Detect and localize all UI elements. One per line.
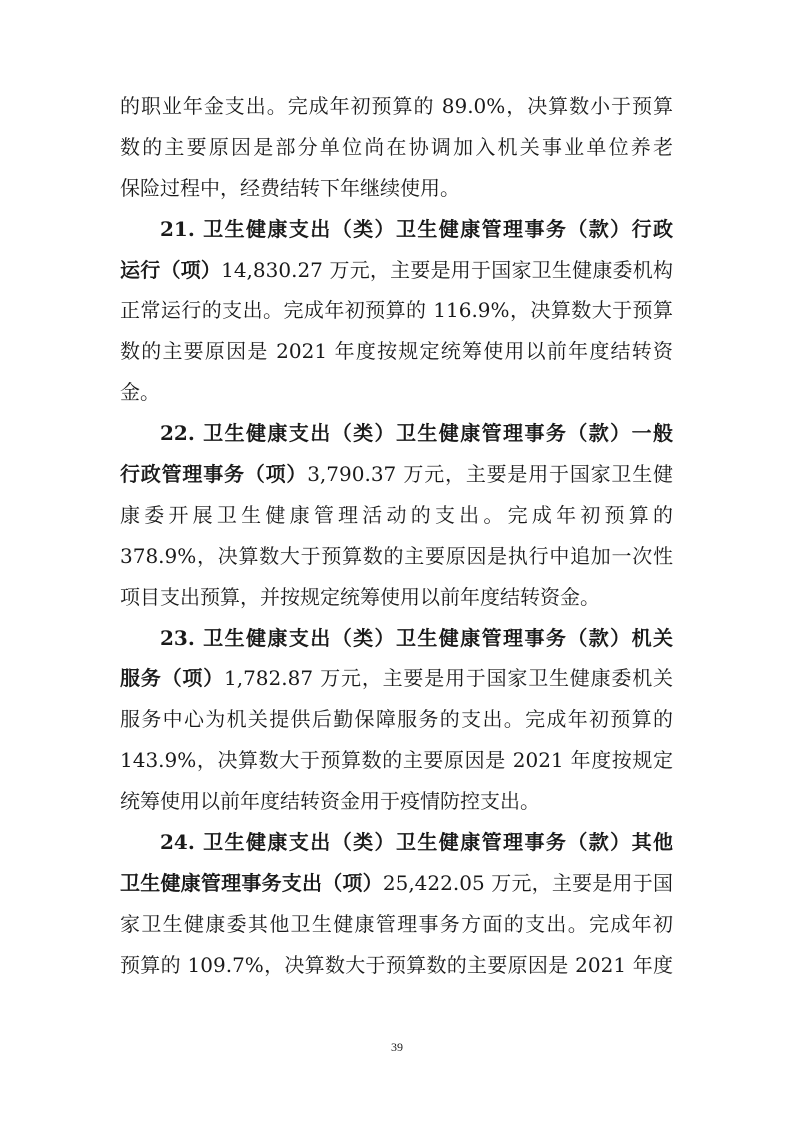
text-line: 项目支出预算，并按规定统筹使用以前年度结转资金。 (120, 577, 673, 618)
line-text: 的职业年金支出。完成年初预算的 89.0%，决算数小于预算 (120, 94, 673, 118)
document-body: 的职业年金支出。完成年初预算的 89.0%，决算数小于预算 数的主要原因是部分单… (120, 86, 673, 986)
line-text: 143.9%，决算数大于预算数的主要原因是 2021 年度按规定 (120, 748, 673, 772)
line-text: 金。 (120, 380, 160, 404)
heading-text: 22. 卫生健康支出（类）卫生健康管理事务（款）一般 (160, 421, 673, 445)
text-line: 数的主要原因是部分单位尚在协调加入机关事业单位养老 (120, 127, 673, 168)
line-text: 家卫生健康委其他卫生健康管理事务方面的支出。完成年初 (120, 912, 673, 936)
text-line: 正常运行的支出。完成年初预算的 116.9%，决算数大于预算 (120, 290, 673, 331)
heading-text: 卫生健康管理事务支出（项） (120, 871, 383, 895)
item-heading: 21. 卫生健康支出（类）卫生健康管理事务（款）行政 (120, 209, 673, 250)
text-line: 运行（项）14,830.27 万元，主要是用于国家卫生健康委机构 (120, 250, 673, 291)
line-text: 正常运行的支出。完成年初预算的 116.9%，决算数大于预算 (120, 298, 673, 322)
line-text: 预算的 109.7%，决算数大于预算数的主要原因是 2021 年度 (120, 953, 673, 977)
line-text: 数的主要原因是部分单位尚在协调加入机关事业单位养老 (120, 135, 673, 159)
line-text: 25,422.05 万元，主要是用于国 (383, 871, 673, 895)
paragraph-item-24: 24. 卫生健康支出（类）卫生健康管理事务（款）其他 卫生健康管理事务支出（项）… (120, 822, 673, 986)
line-text: 14,830.27 万元，主要是用于国家卫生健康委机构 (221, 258, 673, 282)
line-text: 1,782.87 万元，主要是用于国家卫生健康委机关 (224, 666, 673, 690)
paragraph-item-23: 23. 卫生健康支出（类）卫生健康管理事务（款）机关 服务（项）1,782.87… (120, 618, 673, 822)
text-line: 家卫生健康委其他卫生健康管理事务方面的支出。完成年初 (120, 904, 673, 945)
heading-text: 运行（项） (120, 258, 221, 282)
heading-text: 23. 卫生健康支出（类）卫生健康管理事务（款）机关 (160, 626, 673, 650)
heading-text: 行政管理事务（项） (120, 462, 307, 486)
text-line: 服务（项）1,782.87 万元，主要是用于国家卫生健康委机关 (120, 658, 673, 699)
paragraph-item-21: 21. 卫生健康支出（类）卫生健康管理事务（款）行政 运行（项）14,830.2… (120, 209, 673, 413)
text-line: 378.9%，决算数大于预算数的主要原因是执行中追加一次性 (120, 536, 673, 577)
text-line: 行政管理事务（项）3,790.37 万元，主要是用于国家卫生健 (120, 454, 673, 495)
text-line: 的职业年金支出。完成年初预算的 89.0%，决算数小于预算 (120, 86, 673, 127)
line-text: 统筹使用以前年度结转资金用于疫情防控支出。 (120, 789, 540, 813)
line-text: 3,790.37 万元，主要是用于国家卫生健 (307, 462, 673, 486)
line-text: 数的主要原因是 2021 年度按规定统筹使用以前年度结转资 (120, 339, 673, 363)
text-line: 143.9%，决算数大于预算数的主要原因是 2021 年度按规定 (120, 740, 673, 781)
paragraph-continuation: 的职业年金支出。完成年初预算的 89.0%，决算数小于预算 数的主要原因是部分单… (120, 86, 673, 209)
line-text: 项目支出预算，并按规定统筹使用以前年度结转资金。 (120, 585, 600, 609)
text-line: 数的主要原因是 2021 年度按规定统筹使用以前年度结转资 (120, 331, 673, 372)
text-line: 康委开展卫生健康管理活动的支出。完成年初预算的 (120, 495, 673, 536)
item-heading: 24. 卫生健康支出（类）卫生健康管理事务（款）其他 (120, 822, 673, 863)
text-line: 卫生健康管理事务支出（项）25,422.05 万元，主要是用于国 (120, 863, 673, 904)
heading-text: 服务（项） (120, 666, 224, 690)
heading-text: 21. 卫生健康支出（类）卫生健康管理事务（款）行政 (160, 217, 673, 241)
heading-text: 24. 卫生健康支出（类）卫生健康管理事务（款）其他 (160, 830, 673, 854)
text-line: 服务中心为机关提供后勤保障服务的支出。完成年初预算的 (120, 699, 673, 740)
page-number: 39 (0, 1040, 794, 1055)
item-heading: 22. 卫生健康支出（类）卫生健康管理事务（款）一般 (120, 413, 673, 454)
paragraph-item-22: 22. 卫生健康支出（类）卫生健康管理事务（款）一般 行政管理事务（项）3,79… (120, 413, 673, 617)
line-text: 378.9%，决算数大于预算数的主要原因是执行中追加一次性 (120, 544, 673, 568)
text-line: 金。 (120, 372, 673, 413)
text-line: 保险过程中，经费结转下年继续使用。 (120, 168, 673, 209)
line-text: 服务中心为机关提供后勤保障服务的支出。完成年初预算的 (120, 707, 673, 731)
line-text: 康委开展卫生健康管理活动的支出。完成年初预算的 (120, 503, 673, 527)
text-line: 预算的 109.7%，决算数大于预算数的主要原因是 2021 年度 (120, 945, 673, 986)
text-line: 统筹使用以前年度结转资金用于疫情防控支出。 (120, 781, 673, 822)
line-text: 保险过程中，经费结转下年继续使用。 (120, 176, 460, 200)
item-heading: 23. 卫生健康支出（类）卫生健康管理事务（款）机关 (120, 618, 673, 659)
